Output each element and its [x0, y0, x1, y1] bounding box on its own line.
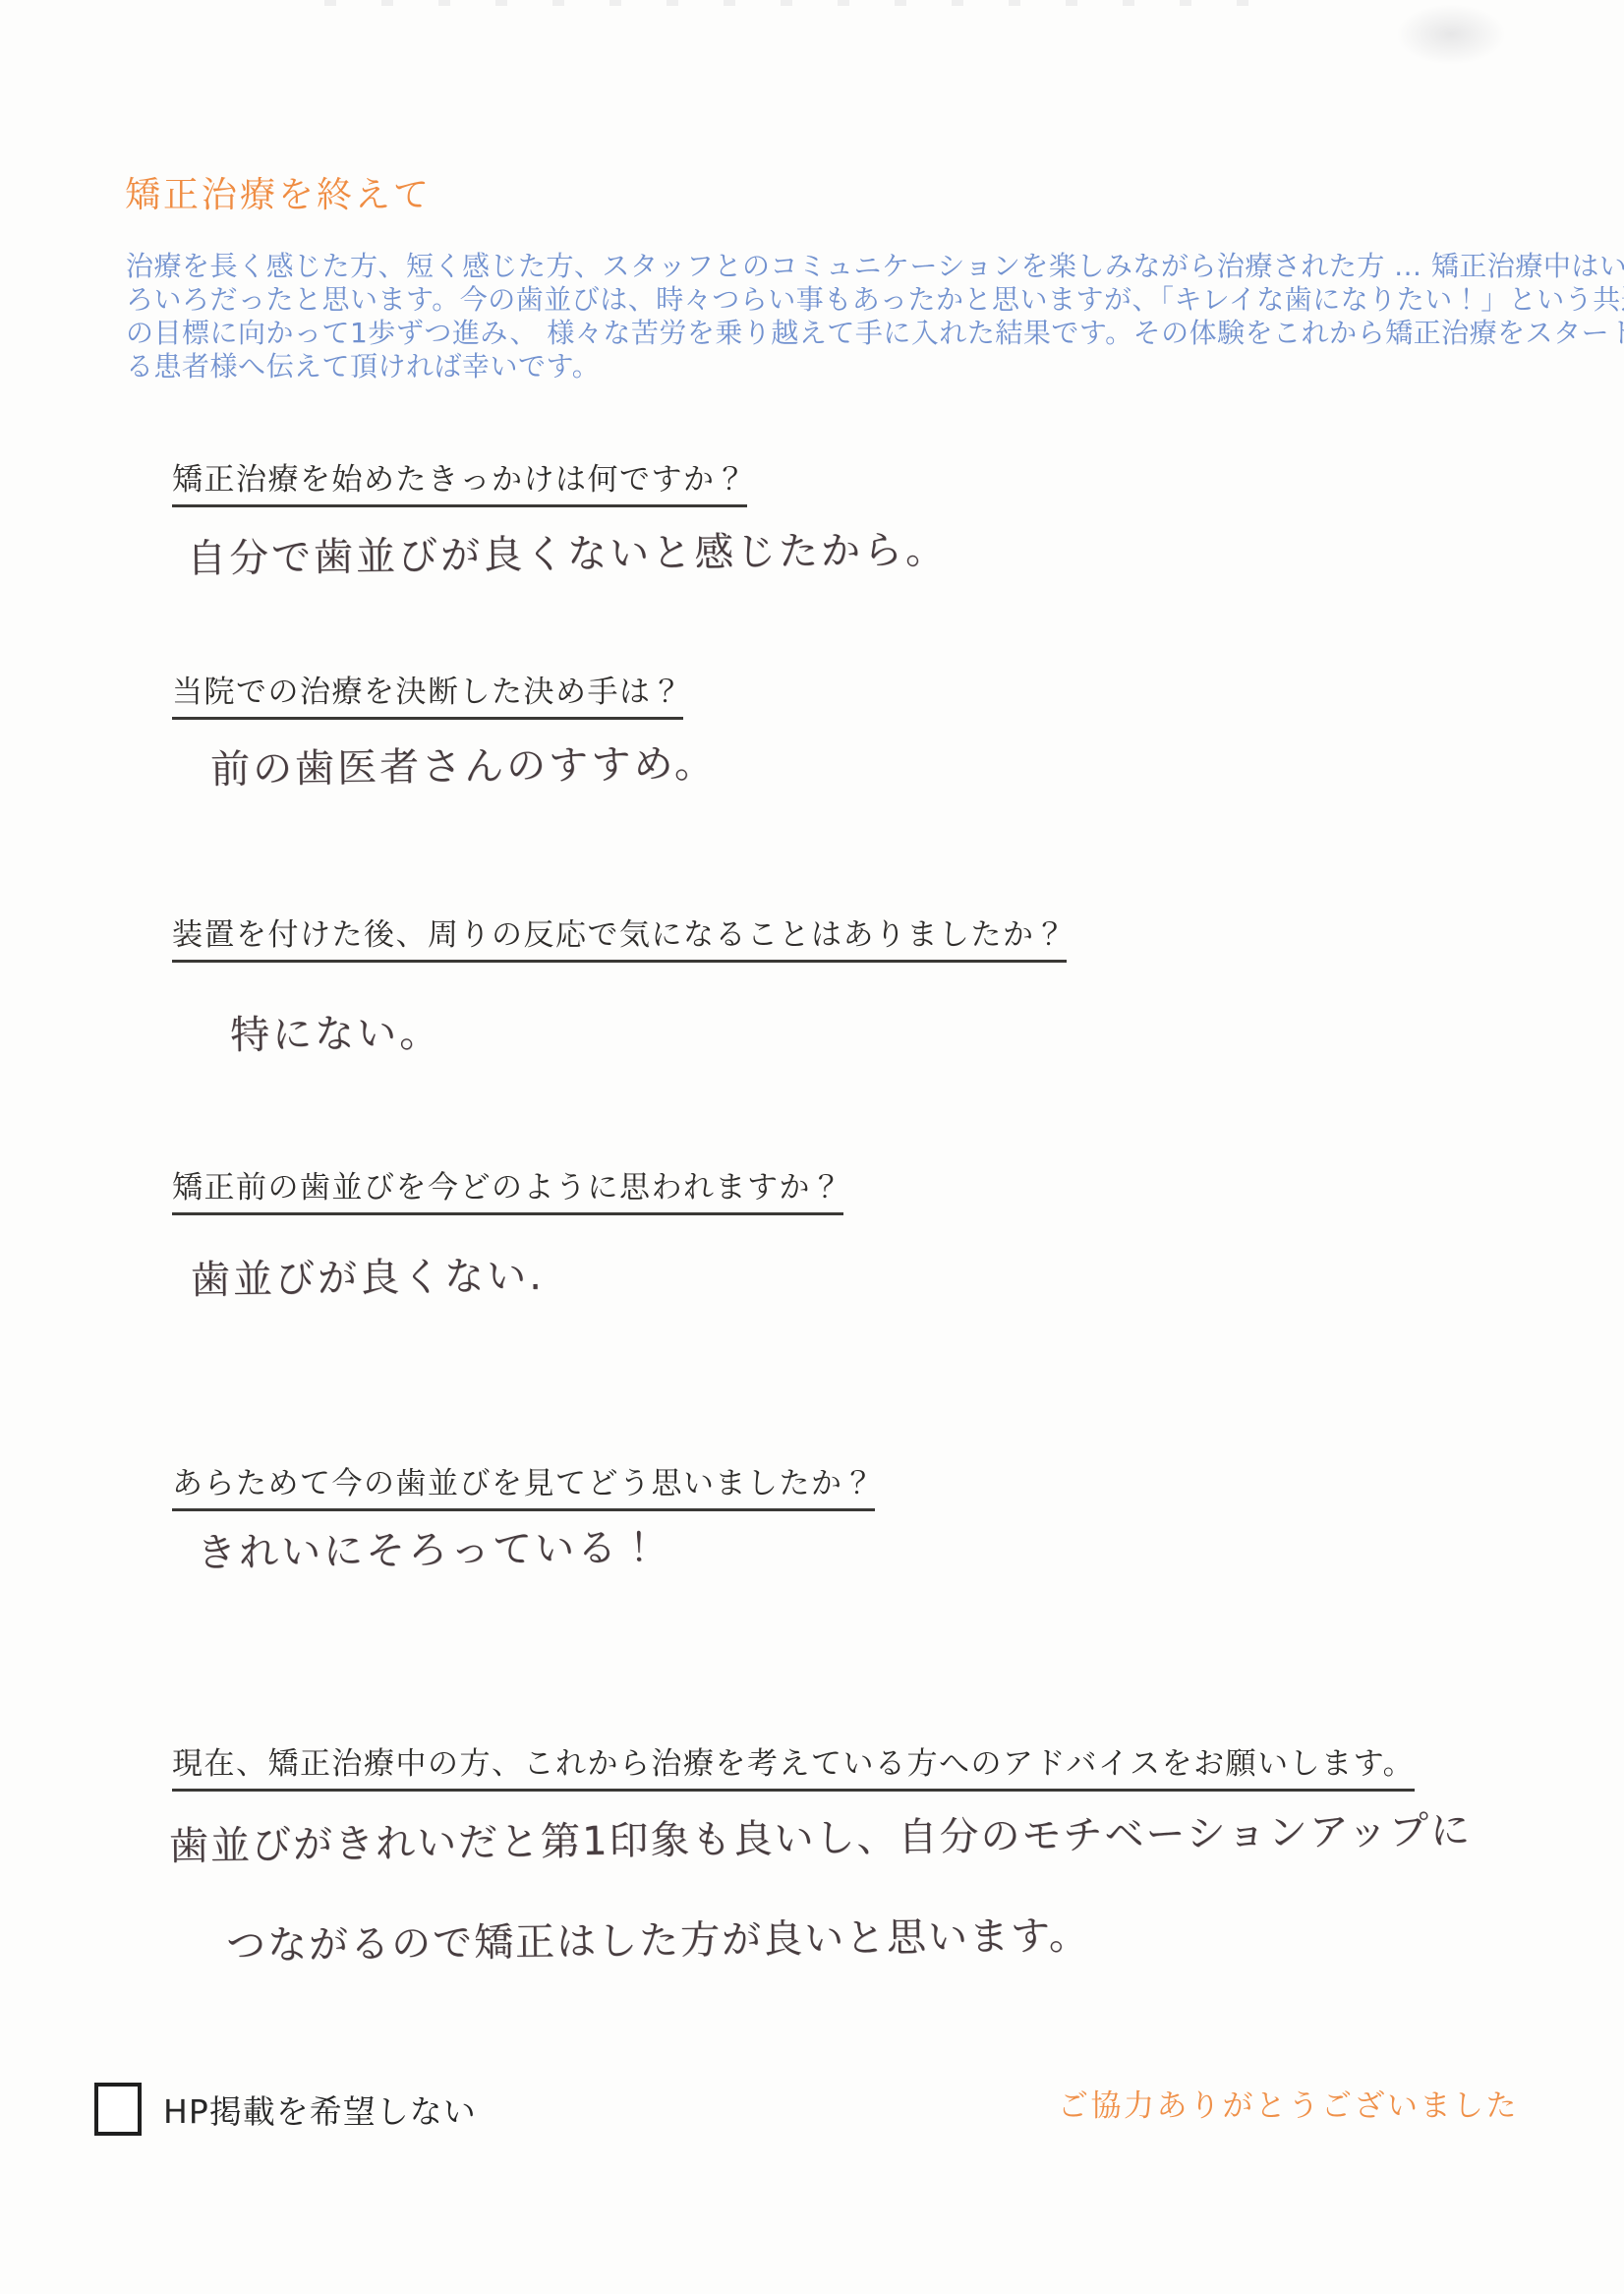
- question-3-handwritten-answer: 特にない。: [230, 1002, 442, 1061]
- question-6-handwritten-answer-line-1: 歯並びがきれいだと第1印象も良いし、自分のモチベーションアップに: [169, 1799, 1473, 1871]
- question-3-label: 装置を付けた後、周りの反応で気になることはありましたか？: [172, 910, 1067, 963]
- question-6-label: 現在、矯正治療中の方、これから治療を考えている方へのアドバイスをお願いします。: [172, 1738, 1415, 1792]
- scan-artifact-top-edge: [324, 0, 1258, 6]
- intro-line: の目標に向かって1歩ずつ進み、 様々な苦労を乗り越えて手に入れた結果です。その体…: [126, 317, 1624, 350]
- hp-optout-checkbox[interactable]: [94, 2083, 142, 2136]
- questionnaire-scan-page: 矯正治療を終えて 治療を長く感じた方、短く感じた方、スタッフとのコミュニケーショ…: [0, 0, 1624, 2294]
- thanks-message: ご協力ありがとうございました: [1058, 2081, 1519, 2125]
- question-5-handwritten-answer: きれいにそろっている！: [197, 1516, 663, 1578]
- question-1-handwritten-answer: 自分で歯並びが良くないと感じたから。: [187, 518, 949, 583]
- intro-line: ろいろだったと思います。今の歯並びは、時々つらい事もあったかと思いますが、「キレ…: [126, 283, 1624, 317]
- intro-paragraph: 治療を長く感じた方、短く感じた方、スタッフとのコミュニケーションを楽しみながら治…: [126, 250, 1624, 383]
- intro-line: 治療を長く感じた方、短く感じた方、スタッフとのコミュニケーションを楽しみながら治…: [126, 250, 1624, 283]
- question-2-handwritten-answer: 前の歯医者さんのすすめ。: [210, 733, 717, 794]
- question-1-label: 矯正治療を始めたきっかけは何ですか？: [172, 454, 747, 507]
- question-4-handwritten-answer: 歯並びが良くない.: [191, 1245, 545, 1305]
- question-5-label: あらためて今の歯並びを見てどう思いましたか？: [172, 1458, 875, 1511]
- hp-optout-label: HP掲載を希望しない: [163, 2087, 477, 2133]
- question-6-handwritten-answer-line-2: つながるので矯正はした方が良いと思います。: [226, 1905, 1090, 1971]
- intro-line: る患者様へ伝えて頂ければ幸いです。: [126, 350, 1624, 383]
- question-2-label: 当院での治療を決断した決め手は？: [172, 667, 683, 720]
- page-title: 矯正治療を終えて: [125, 167, 432, 217]
- question-4-label: 矯正前の歯並びを今どのように思われますか？: [172, 1162, 843, 1215]
- scan-smudge: [1396, 4, 1506, 65]
- hp-optout-row: HP掲載を希望しない: [94, 2083, 477, 2136]
